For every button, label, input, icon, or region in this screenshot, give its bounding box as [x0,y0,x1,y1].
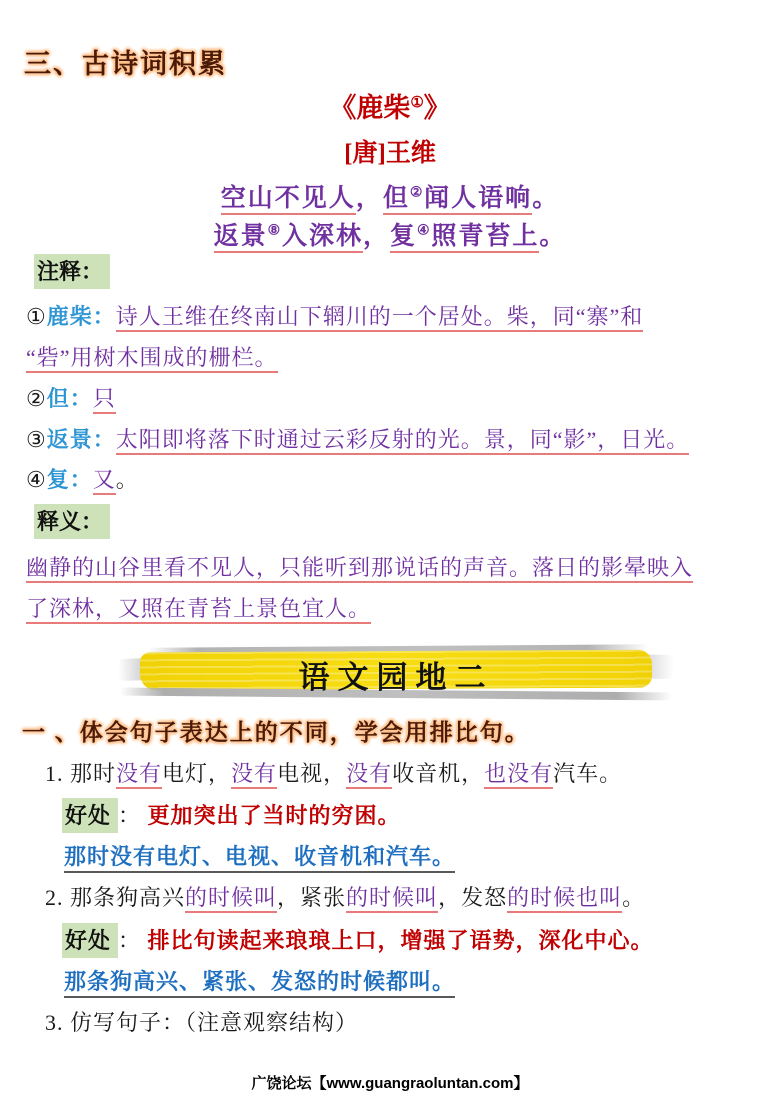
item2-purple-3: 的时候也叫 [507,885,622,913]
sentence-item-2: 2. 那条狗高兴的时候叫，紧张的时候叫，发怒的时候也叫。 [45,881,645,912]
item1-benefit-colon: ： [118,803,141,828]
section-heading-poetry: 三、古诗词积累 [24,42,227,81]
item1-rewrite-line: 那时没有电灯、电视、收音机和汽车。 [64,840,455,871]
annotation-4-text: 又 [93,467,116,495]
annotation-3: ③返景：太阳即将落下时通过云彩反射的光。景，同“影”，日光。 [26,423,689,454]
poem-l2-seg1: 返景⑧入深林 [214,223,363,253]
annotation-2-term: 但： [47,386,93,411]
annotation-4-number: ④ [26,467,47,492]
annotation-1-line-2: “砦”用树木围成的栅栏。 [26,341,278,372]
annotation-1-text-1: 诗人王维在终南山下辋川的一个居处。柴，同“寨”和 [116,304,644,332]
annotation-3-term: 返景： [47,427,116,452]
translation-text-2: 了深林，又照在青苔上景色宜人。 [26,596,371,624]
item2-purple-2: 的时候叫 [346,885,438,913]
item1-black-4: 收音机， [392,761,484,786]
poem-l1-comma: ， [356,185,383,212]
annotation-4-term: 复： [47,467,93,492]
poem-l2-seg2: 复④照青苔上 [390,223,539,253]
item1-rewrite-text: 那时没有电灯、电视、收音机和汽车。 [64,844,455,873]
poem-l1-superscript: ② [410,185,424,200]
item1-benefit-text: 更加突出了当时的穷困。 [148,803,401,828]
poem-title: 《鹿柴①》 [0,86,780,125]
item1-purple-4: 也没有 [484,761,553,789]
poem-l1-seg2b: 闻人语响 [424,185,532,212]
unit-banner-title: 语文园地二 [118,652,674,697]
annotation-2-number: ② [26,386,47,411]
item1-black-2: 电灯， [162,761,231,786]
poem-line-1: 空山不见人，但②闻人语响。 [0,178,780,214]
poem-l2-seg1a: 返景 [214,223,268,250]
item2-purple-1: 的时候叫 [185,885,277,913]
poem-title-open: 《鹿柴 [329,93,410,123]
annotation-4: ④复：又。 [26,463,139,494]
annotation-2: ②但：只 [26,382,116,413]
unit-banner: 语文园地二 [118,644,674,702]
item2-rewrite-line: 那条狗高兴、紧张、发怒的时候都叫。 [64,965,455,996]
translation-line-2: 了深林，又照在青苔上景色宜人。 [26,592,371,623]
item1-black-1: 1. 那时 [45,761,116,786]
poem-author: [唐]王维 [0,133,780,169]
item2-black-3: ，发怒 [438,885,507,910]
poem-l2-superscript-1: ⑧ [268,223,282,238]
annotation-1-number: ① [26,304,47,329]
worksheet-page: 三、古诗词积累 《鹿柴①》 [唐]王维 空山不见人，但②闻人语响。 返景⑧入深林… [0,0,780,1105]
poem-l2-seg1b: 入深林 [282,223,363,250]
item2-benefit-colon: ： [118,928,141,953]
item2-black-4: 。 [622,885,645,910]
notes-header: 注释： [34,254,110,289]
sentence-item-3: 3. 仿写句子：（注意观察结构） [45,1006,358,1037]
annotation-2-text: 只 [93,386,116,414]
section-heading-sentences: 一 、体会句子表达上的不同，学会用排比句。 [22,714,530,747]
item1-black-3: 电视， [277,761,346,786]
item1-purple-2: 没有 [231,761,277,789]
annotation-1-line-1: ①鹿柴：诗人王维在终南山下辋川的一个居处。柴，同“寨”和 [26,300,643,331]
annotation-3-text: 太阳即将落下时通过云彩反射的光。景，同“影”，日光。 [116,427,690,455]
notes-header-badge: 注释： [34,254,110,289]
item2-benefit-text: 排比句读起来琅琅上口，增强了语势，深化中心。 [148,928,654,953]
meaning-header: 释义： [34,504,110,539]
translation-line-1: 幽静的山谷里看不见人，只能听到那说话的声音。落日的影晕映入 [26,551,693,582]
item1-benefit-line: 好处： 更加突出了当时的穷困。 [62,798,401,833]
sentence-item-1: 1. 那时没有电灯，没有电视，没有收音机，也没有汽车。 [45,757,622,788]
meaning-header-badge: 释义： [34,504,110,539]
item2-black-2: ，紧张 [277,885,346,910]
poem-l2-superscript-2: ④ [417,223,431,238]
poem-l2-comma: ， [363,223,390,250]
item1-benefit-badge: 好处 [62,798,118,833]
poem-line-2: 返景⑧入深林，复④照青苔上。 [0,216,780,252]
item1-purple-3: 没有 [346,761,392,789]
poem-l1-seg2: 但②闻人语响 [383,185,532,215]
item2-benefit-badge: 好处 [62,923,118,958]
annotation-3-number: ③ [26,427,47,452]
poem-l1-seg1: 空山不见人 [221,185,356,215]
item2-rewrite-text: 那条狗高兴、紧张、发怒的时候都叫。 [64,969,455,998]
item1-black-5: 汽车。 [553,761,622,786]
poem-l2-seg2b: 照青苔上 [431,223,539,250]
poem-l2-period: 。 [539,223,566,250]
poem-title-close: 》 [424,93,451,123]
annotation-4-period: 。 [116,467,139,492]
poem-l2-seg2a: 复 [390,223,417,250]
annotation-1-term: 鹿柴： [47,304,116,329]
poem-l1-period: 。 [532,185,559,212]
item1-purple-1: 没有 [116,761,162,789]
poem-l1-seg2a: 但 [383,185,410,212]
translation-text-1: 幽静的山谷里看不见人，只能听到那说话的声音。落日的影晕映入 [26,555,693,583]
item2-benefit-line: 好处： 排比句读起来琅琅上口，增强了语势，深化中心。 [62,923,654,958]
annotation-1-text-2: “砦”用树木围成的栅栏。 [26,345,278,373]
footer-watermark: 广饶论坛【www.guangraoluntan.com】 [0,1072,780,1093]
poem-title-superscript: ① [410,95,423,111]
item2-black-1: 2. 那条狗高兴 [45,885,185,910]
